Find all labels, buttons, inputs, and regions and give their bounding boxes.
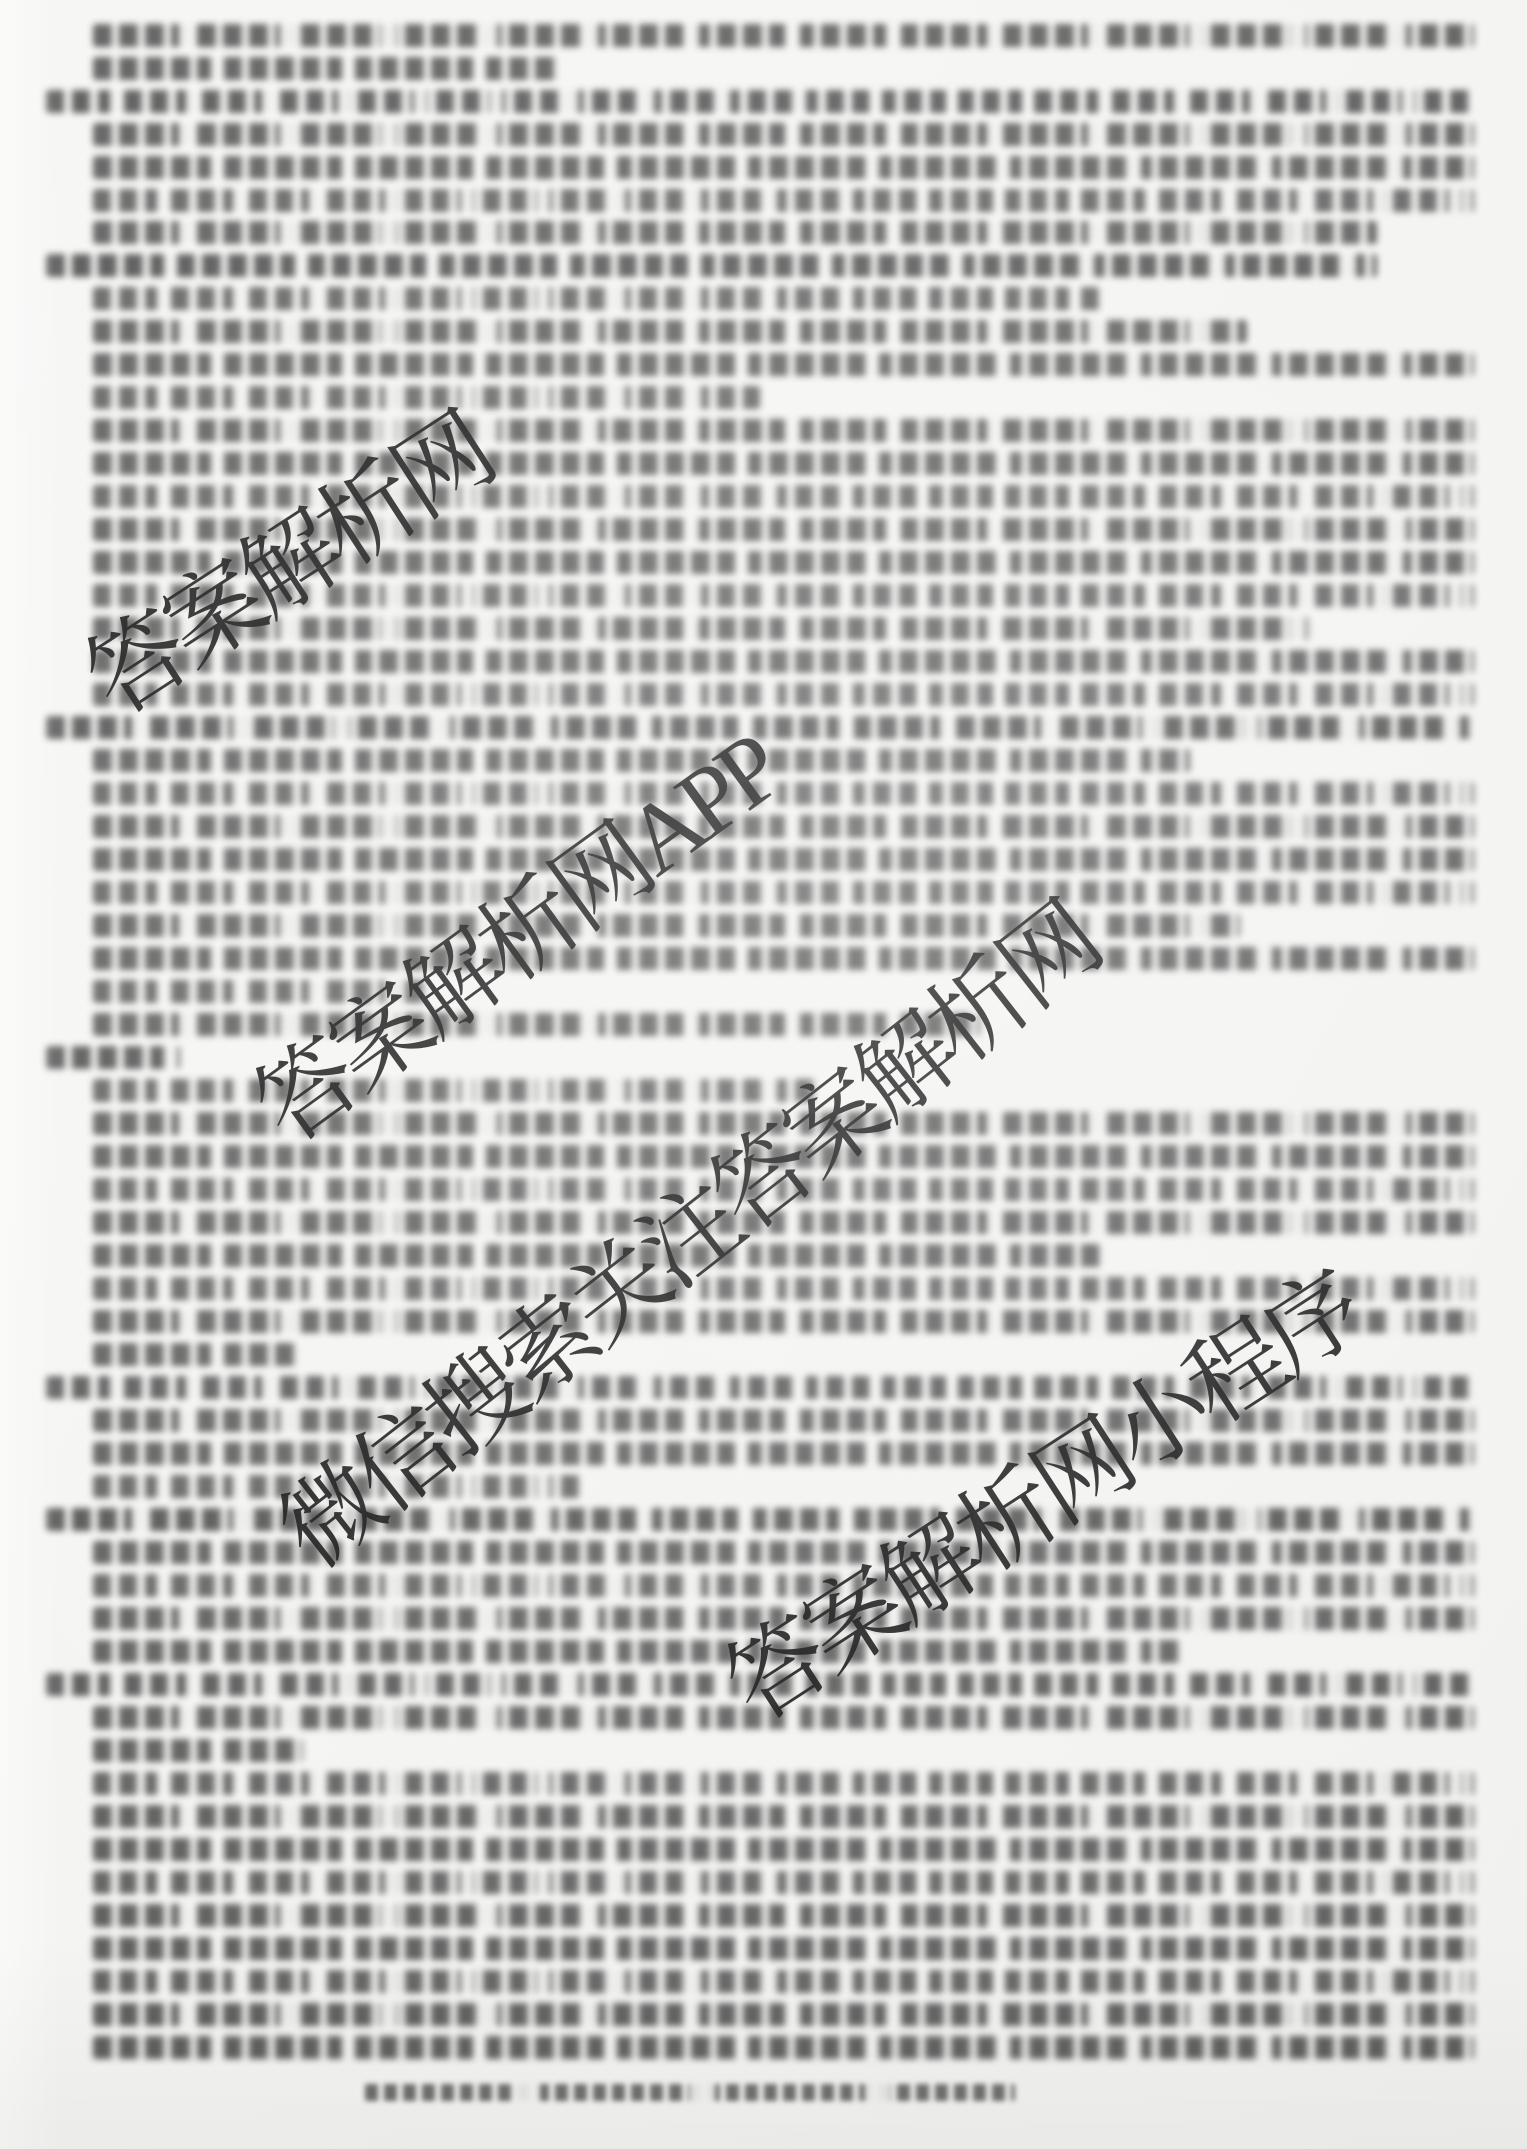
blurred-text-line bbox=[93, 287, 1100, 310]
blurred-text-line bbox=[46, 1046, 180, 1069]
blurred-text-line bbox=[93, 123, 1474, 146]
blurred-text-line bbox=[93, 419, 1474, 442]
blurred-text-line bbox=[46, 254, 1377, 277]
blurred-text-line bbox=[93, 189, 1474, 212]
scanned-answer-sheet-page: 答案解析网 答案解析网APP 微信搜索关注答案解析网 答案解析网小程序 bbox=[0, 0, 1527, 2149]
blurred-text-line bbox=[93, 57, 560, 80]
blurred-text-line bbox=[93, 24, 1474, 47]
blurred-text-line bbox=[93, 320, 1247, 343]
blurred-text-line bbox=[93, 947, 1474, 970]
blurred-text-line bbox=[93, 683, 1474, 706]
blurred-text-line bbox=[93, 1739, 303, 1762]
blurred-text-line bbox=[93, 1013, 980, 1036]
blurred-text-line bbox=[46, 716, 1474, 739]
blurred-text-line bbox=[93, 353, 1474, 376]
blurred-text-line bbox=[46, 90, 1474, 113]
blurred-text-line bbox=[93, 452, 1474, 475]
blurred-text-line bbox=[46, 1508, 1474, 1531]
blurred-text-line bbox=[93, 1079, 820, 1102]
blurred-text-line bbox=[93, 1970, 1474, 1993]
blurred-text-line bbox=[93, 221, 1377, 244]
blurred-text-line bbox=[93, 2003, 1474, 2026]
blurred-text-line bbox=[93, 1805, 1474, 1828]
blurred-text-line bbox=[93, 386, 760, 409]
blurred-text-line bbox=[93, 2036, 1474, 2059]
blurred-footer-text bbox=[365, 2084, 1015, 2101]
blurred-text-line bbox=[93, 1838, 1474, 1861]
blurred-text-line bbox=[93, 650, 1474, 673]
blurred-text-line bbox=[93, 848, 1474, 871]
blurred-text-line bbox=[93, 749, 1190, 772]
blurred-text-line bbox=[93, 1442, 1474, 1465]
blurred-text-line bbox=[93, 1904, 1474, 1927]
blurred-text-line bbox=[93, 1343, 300, 1366]
blurred-text-line bbox=[93, 1640, 1180, 1663]
blurred-text-line bbox=[93, 156, 1474, 179]
blurred-text-line bbox=[93, 1871, 1474, 1894]
blurred-text-line bbox=[93, 815, 1474, 838]
blurred-text-line bbox=[93, 1574, 1474, 1597]
blurred-text-line bbox=[93, 1772, 1474, 1795]
blurred-text-line bbox=[93, 881, 1474, 904]
blurred-text-line bbox=[93, 1937, 1474, 1960]
